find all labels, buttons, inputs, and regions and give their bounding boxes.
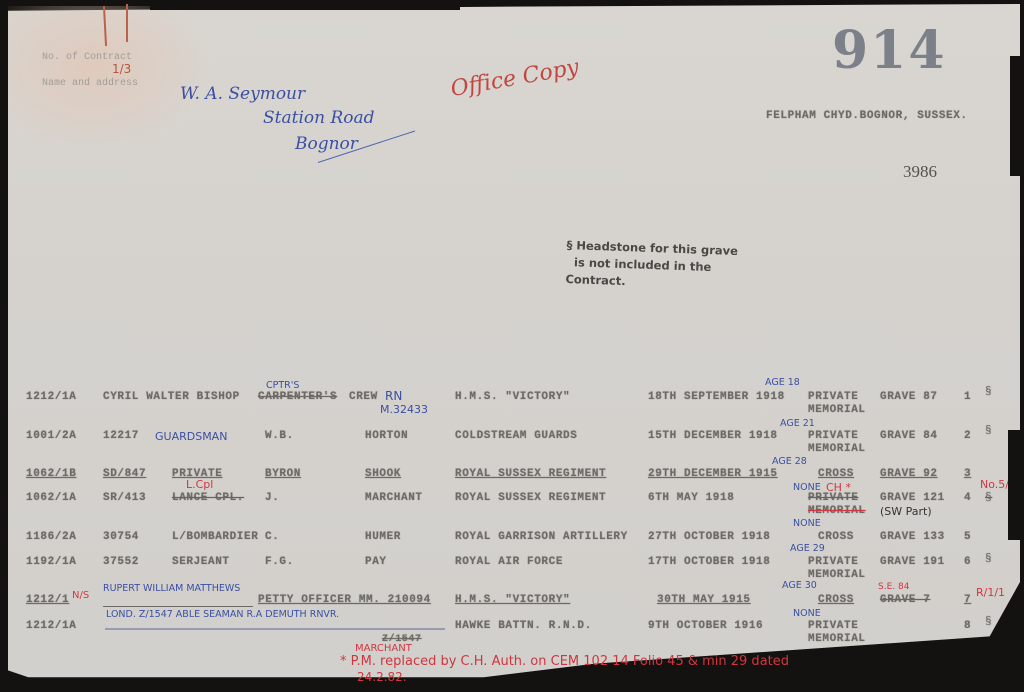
row-ref: 1212/1A [26,620,76,632]
row-ref: 1062/1A [26,492,76,504]
row-unit: H.M.S. "VICTORY" [455,594,570,606]
row-unit: ROYAL AIR FORCE [455,556,563,568]
row-unit: ROYAL SUSSEX REGIMENT [455,492,606,504]
contractor-street: Station Road [263,108,375,128]
row-rank-struck: CARPENTER'S [258,391,337,403]
row-grave: GRAVE 84 [880,430,938,442]
row-name-struck [103,594,253,607]
row-date: 6TH MAY 1918 [648,492,734,504]
row-right-annot: R/1/1 [976,586,1005,599]
section-mark: § [985,553,992,565]
row-grave: GRAVE 133 [880,531,945,543]
row-number-service: SR/413 [103,492,146,504]
row-unit: H.M.S. "VICTORY" [455,391,570,403]
row-memorial-struck: PRIVATE MEMORIAL [808,492,878,518]
row-memorial: CROSS [818,468,854,480]
row-grave-annot: S.E. 84 [878,582,909,592]
row-number: 1 [964,391,971,403]
red-mark [126,4,128,42]
row-memorial: CROSS [818,594,854,606]
row-age: AGE 21 [780,418,815,429]
row-number: 8 [964,620,971,632]
section-mark: § [985,386,992,398]
section-mark-struck: § [985,492,992,504]
row-date: 17TH OCTOBER 1918 [648,556,770,568]
torn-edge [1008,430,1024,540]
cemetery-name: FELPHAM CHYD.BOGNOR, SUSSEX. [766,110,968,122]
row-initials: J. [265,492,279,504]
row-rank-annot: CPTR'S [266,380,299,391]
row-number: 4 [964,492,971,504]
sheet-number: 914 [832,20,947,81]
row-ref: 1192/1A [26,556,76,568]
row-age: AGE 18 [765,377,800,388]
row-surname: HORTON [365,430,408,442]
torn-edge [1010,56,1024,176]
row-surname: MARCHANT [365,492,423,504]
row-rank-annot: L.Cpl [186,478,213,491]
row-annot: RN [385,389,402,403]
row-date: 30TH MAY 1915 [657,594,751,606]
row-grave: GRAVE 92 [880,468,938,480]
row-annot: M.32433 [380,403,428,416]
row-unit: ROYAL GARRISON ARTILLERY [455,531,628,543]
row-ref: 1062/1B [26,468,76,480]
row-grave: GRAVE 191 [880,556,945,568]
row-date: 15TH DECEMBER 1918 [648,430,778,442]
row-rank: SERJEANT [172,556,230,568]
row-age: NONE [793,608,821,619]
row-age: AGE 30 [782,580,817,591]
row-right-annot: No.5/ [980,478,1009,491]
row-memorial: CROSS [818,531,854,543]
row-rank-annot: GUARDSMAN [155,430,227,443]
row-initials: F.G. [265,556,294,568]
section-mark: § [985,616,992,628]
row-age: NONE [793,518,821,529]
footer-line1: * P.M. replaced by C.H. Auth. on CEM 102… [340,654,789,669]
struck-line [105,622,445,630]
row-unit: COLDSTREAM GUARDS [455,430,577,442]
row-surname: PAY [365,556,387,568]
row-number-service: 30754 [103,531,139,543]
row-rank-struck: LANCE CPL. [172,492,244,504]
name-address-label: Name and address [42,78,138,89]
row-grave: GRAVE 121 [880,492,945,504]
row-number: 6 [964,556,971,568]
row-number-service: SD/847 [103,468,146,480]
row-ref: 1186/2A [26,531,76,543]
headstone-stamp: § Headstone for this grave is not includ… [565,237,738,294]
torn-edge [150,0,460,10]
row-unit: ROYAL SUSSEX REGIMENT [455,468,606,480]
row-annot: LOND. Z/1547 ABLE SEAMAN R.A DEMUTH RNVR… [106,609,339,620]
row-number: 3 [964,468,971,480]
footer-name: MARCHANT [355,643,412,654]
row-grave: GRAVE 87 [880,391,938,403]
row-ref: 1212/1A [26,391,76,403]
row-initials: C. [265,531,279,543]
row-surname: SHOOK [365,468,401,480]
row-rank: PETTY OFFICER MM. 210094 [258,594,431,606]
row-date: 18TH SEPTEMBER 1918 [648,391,785,403]
row-number: 7 [964,594,971,606]
row-surname: HUMER [365,531,401,543]
row-memorial: PRIVATE MEMORIAL [808,556,878,582]
contractor-name: W. A. Seymour [180,84,305,104]
row-initials: W.B. [265,430,294,442]
row-ref-annot: N/S [72,590,89,601]
row-grave-struck: GRAVE 7 [880,594,930,606]
row-number: 2 [964,430,971,442]
row-date: 9TH OCTOBER 1916 [648,620,763,632]
row-number-service: 37552 [103,556,139,568]
row-date: 29TH DECEMBER 1915 [648,468,778,480]
row-memorial: PRIVATE MEMORIAL [808,430,878,456]
row-unit: HAWKE BATTN. R.N.D. [455,620,592,632]
cemetery-ref: 3986 [903,162,937,182]
row-grave-annot: (SW Part) [880,505,932,518]
row-memorial: PRIVATE MEMORIAL [808,620,878,646]
contract-number: 1/3 [112,62,131,76]
row-ref: 1001/2A [26,430,76,442]
row-name-annot: RUPERT WILLIAM MATTHEWS [103,583,240,594]
row-date: 27TH OCTOBER 1918 [648,531,770,543]
row-rank: CREW [349,391,378,403]
row-ref: 1212/1 [26,594,69,606]
row-age: AGE 29 [790,543,825,554]
row-memorial: PRIVATE MEMORIAL [808,391,878,417]
row-age: AGE 28 [772,456,807,467]
footer-line2: 24.2.82. [357,670,407,684]
row-name: CYRIL WALTER BISHOP [103,391,240,403]
section-mark: § [985,425,992,437]
row-number: 5 [964,531,971,543]
row-rank: L/BOMBARDIER [172,531,258,543]
row-number-service: 12217 [103,430,139,442]
row-forename: BYRON [265,468,301,480]
